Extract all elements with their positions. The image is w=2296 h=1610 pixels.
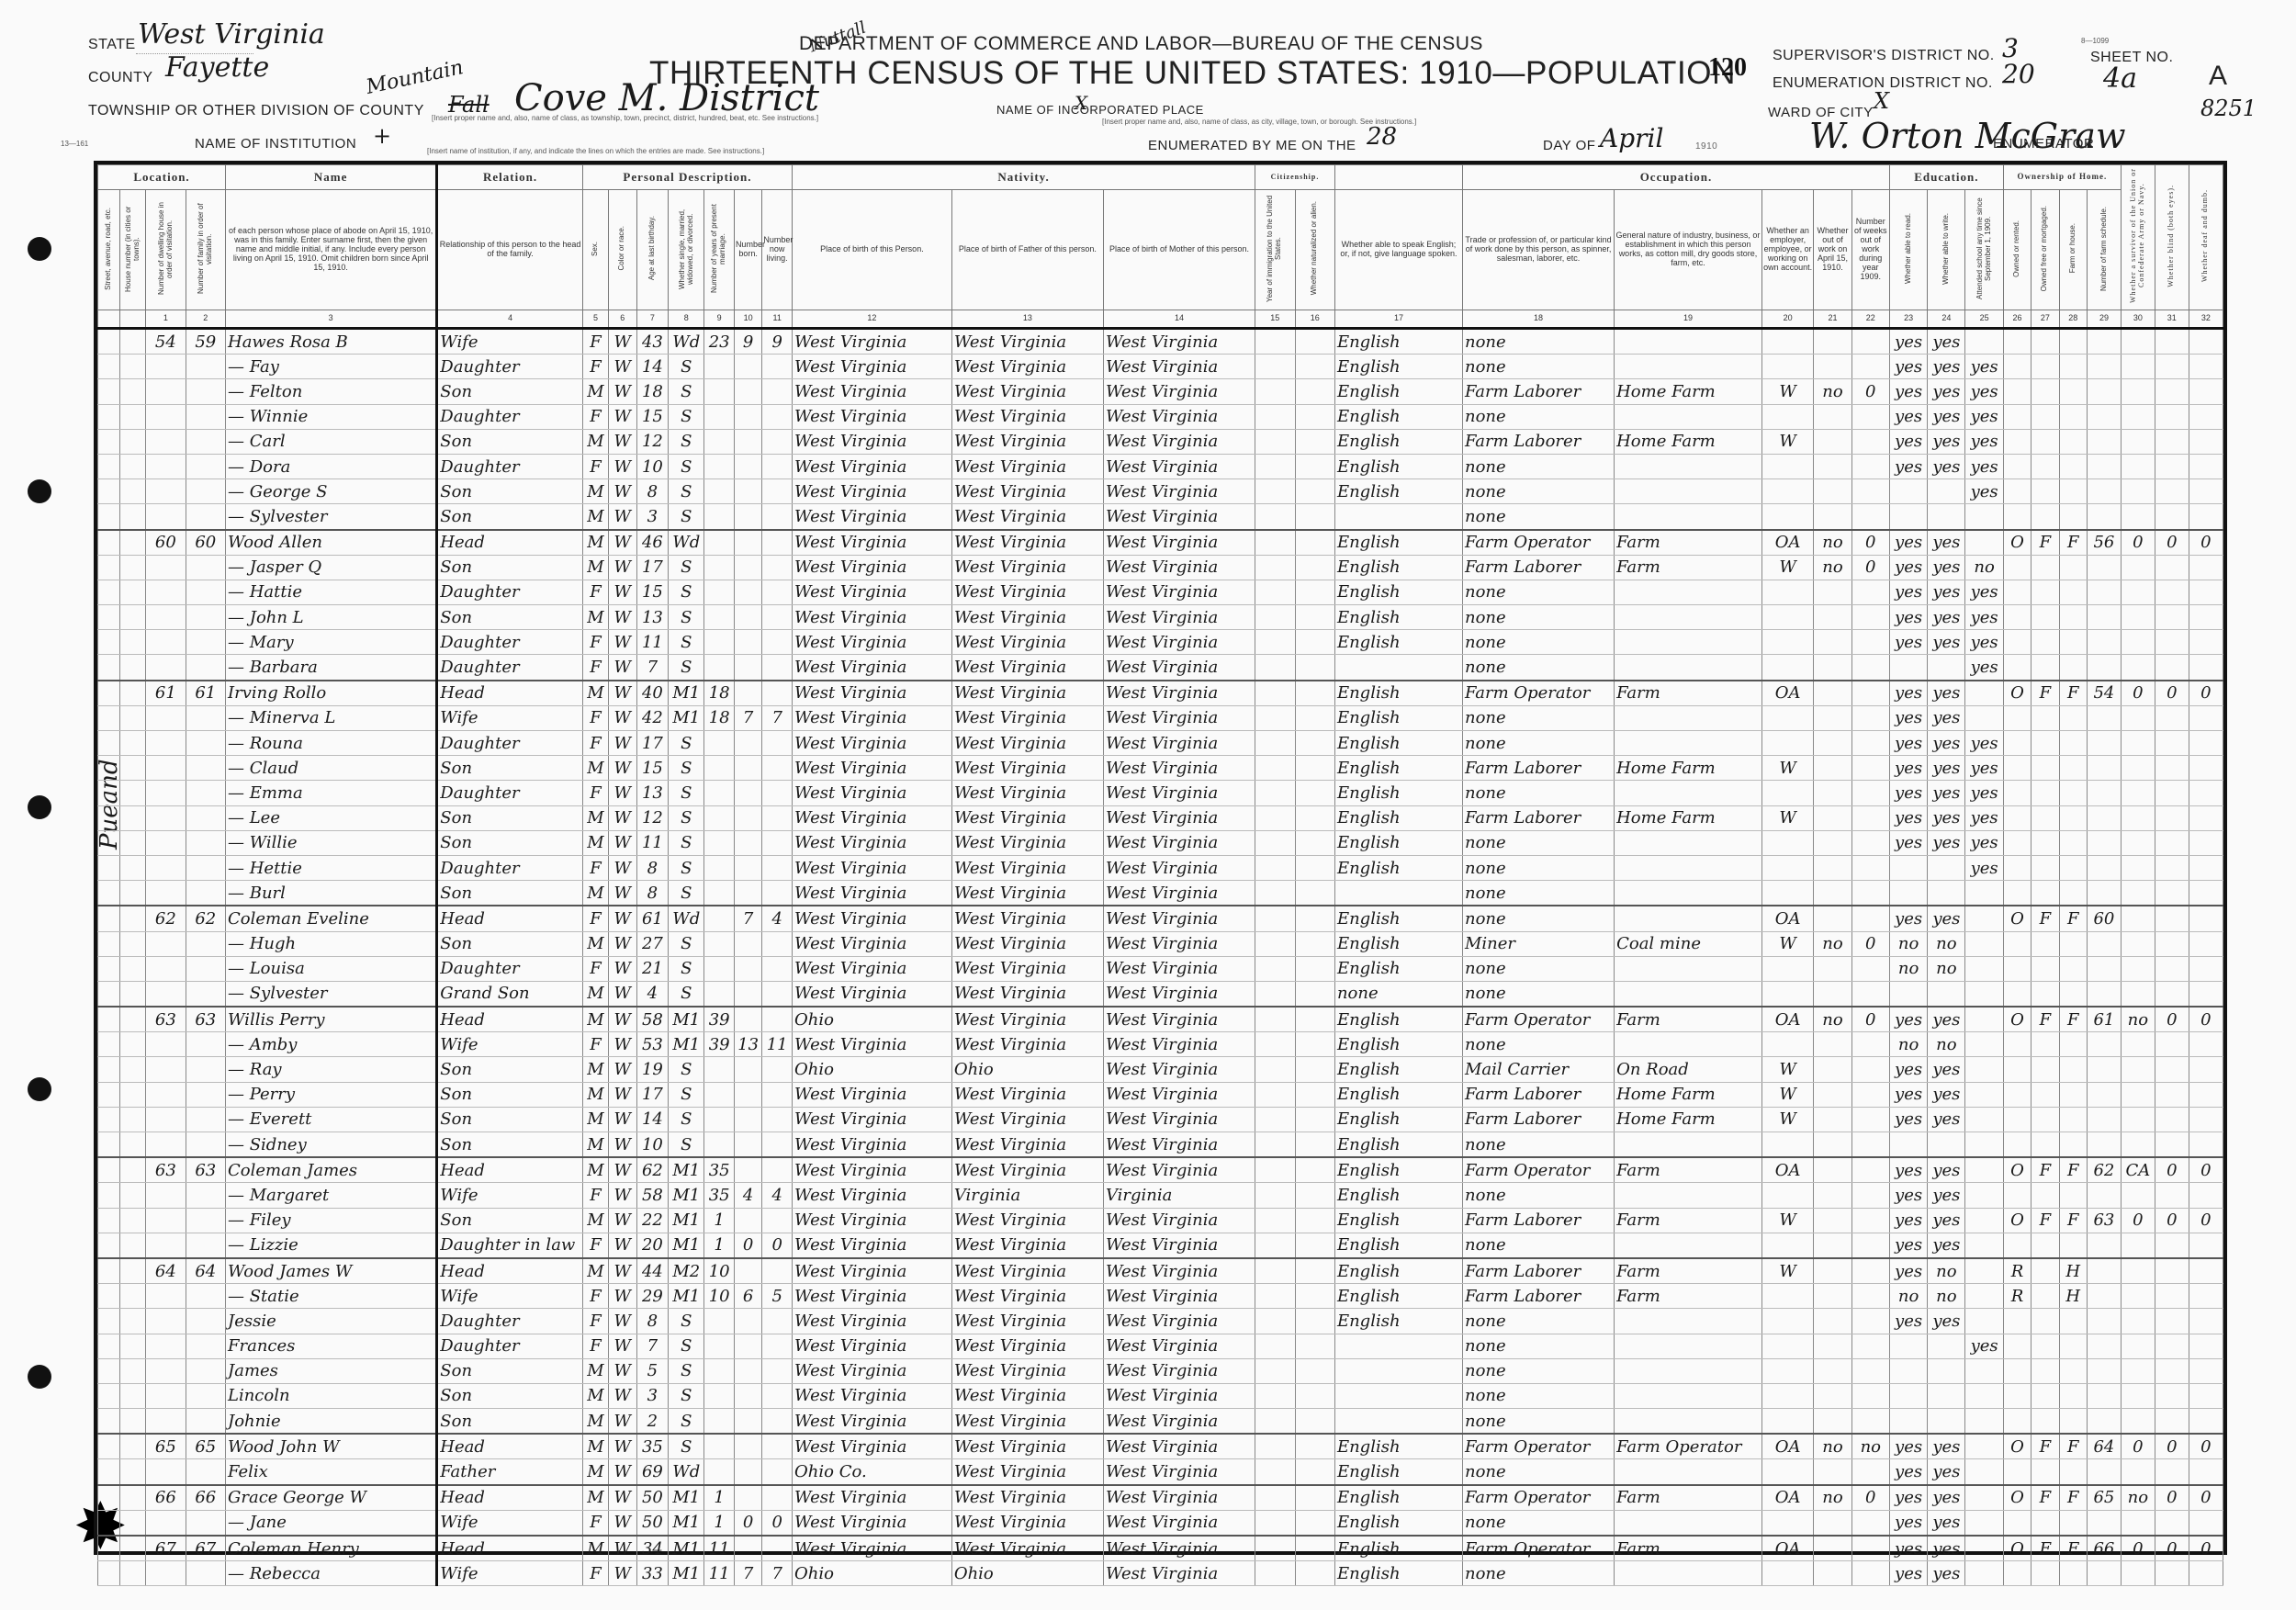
cell-blind bbox=[2155, 1358, 2189, 1383]
cell-father-birthplace: West Virginia bbox=[951, 454, 1103, 478]
cell-birthplace: West Virginia bbox=[793, 681, 952, 706]
cell-out-of-work bbox=[1814, 1258, 1851, 1284]
cell-naturalization bbox=[1295, 1107, 1334, 1132]
cell-farm-house: F bbox=[2059, 1485, 2087, 1511]
cell-relation: Daughter bbox=[437, 1309, 583, 1334]
cell-trade: none bbox=[1462, 1032, 1614, 1057]
cell-children-living: 0 bbox=[762, 1510, 793, 1536]
cell-farm-house bbox=[2059, 981, 2087, 1007]
column-number-row: 1234567891011121314151617181920212223242… bbox=[98, 310, 2223, 329]
cell-weeks-out: 0 bbox=[1851, 931, 1889, 956]
column-number: 21 bbox=[1814, 310, 1851, 329]
cell-mother-birthplace: West Virginia bbox=[1103, 580, 1255, 604]
cell-attended-school bbox=[1965, 1208, 2003, 1233]
cell-weeks-out bbox=[1851, 1233, 1889, 1258]
cell-can-write: yes bbox=[1928, 605, 1965, 630]
cell-owned-rented bbox=[2003, 1510, 2031, 1536]
cell-trade: Farm Laborer bbox=[1462, 756, 1614, 781]
cell-family-number: 67 bbox=[186, 1536, 225, 1561]
cell-person-name: — Jasper Q bbox=[226, 555, 437, 580]
column-number: 19 bbox=[1615, 310, 1762, 329]
cell-weeks-out bbox=[1851, 981, 1889, 1007]
column-number: 24 bbox=[1928, 310, 1965, 329]
cell-employment-class bbox=[1761, 605, 1813, 630]
cell-person-name: — Everett bbox=[226, 1107, 437, 1132]
cell-children-living bbox=[762, 504, 793, 530]
cell-family-number bbox=[186, 555, 225, 580]
cell-farm-schedule bbox=[2087, 1309, 2121, 1334]
cell-can-write: yes bbox=[1928, 630, 1965, 655]
cell-attended-school: yes bbox=[1965, 454, 2003, 478]
cell-children-living bbox=[762, 355, 793, 379]
enumeration-value: 20 bbox=[2002, 59, 2035, 89]
cell-owned-rented: O bbox=[2003, 530, 2031, 556]
cell-house bbox=[119, 1258, 145, 1284]
cell-relation: Wife bbox=[437, 1032, 583, 1057]
cell-can-read: yes bbox=[1889, 756, 1927, 781]
cell-free-mortgaged bbox=[2032, 1284, 2059, 1309]
cell-street bbox=[98, 1183, 120, 1208]
cell-person-name: — Winnie bbox=[226, 404, 437, 429]
cell-mother-birthplace: West Virginia bbox=[1103, 1208, 1255, 1233]
cell-farm-schedule bbox=[2087, 855, 2121, 880]
cell-family-number: 65 bbox=[186, 1434, 225, 1459]
cell-house bbox=[119, 1536, 145, 1561]
cell-farm-schedule bbox=[2087, 1358, 2121, 1383]
cell-attended-school bbox=[1965, 1409, 2003, 1435]
cell-out-of-work bbox=[1814, 1107, 1851, 1132]
cell-sex: F bbox=[582, 630, 608, 655]
cell-industry bbox=[1615, 329, 1762, 355]
cell-dwelling-number bbox=[146, 429, 186, 454]
cell-war-survivor bbox=[2121, 1510, 2155, 1536]
cell-speaks-english bbox=[1334, 504, 1462, 530]
cell-father-birthplace: West Virginia bbox=[951, 1233, 1103, 1258]
header-owned-rented: Owned or rented. bbox=[2003, 190, 2031, 310]
cell-birthplace: West Virginia bbox=[793, 580, 952, 604]
cell-can-write: yes bbox=[1928, 1434, 1965, 1459]
cell-war-survivor: 0 bbox=[2121, 1208, 2155, 1233]
cell-years-married bbox=[704, 731, 735, 756]
cell-farm-house bbox=[2059, 1032, 2087, 1057]
cell-person-name: — Carl bbox=[226, 429, 437, 454]
header-birth-mother: Place of birth of Mother of this person. bbox=[1103, 190, 1255, 310]
cell-race: W bbox=[609, 580, 636, 604]
cell-war-survivor bbox=[2121, 956, 2155, 981]
cell-war-survivor bbox=[2121, 1561, 2155, 1586]
cell-war-survivor bbox=[2121, 605, 2155, 630]
cell-person-name: — Dora bbox=[226, 454, 437, 478]
table-row: 6262Coleman EvelineHeadFW61Wd74West Virg… bbox=[98, 906, 2223, 931]
header-family: Number of family in order of visitation. bbox=[186, 190, 225, 310]
cell-free-mortgaged bbox=[2032, 1107, 2059, 1132]
cell-marital-status: S bbox=[669, 956, 704, 981]
cell-deaf: 18 bbox=[2189, 756, 2223, 781]
cell-attended-school bbox=[1965, 1561, 2003, 1586]
cell-trade: none bbox=[1462, 1132, 1614, 1158]
header-blind: Whether blind (both eyes). bbox=[2155, 165, 2189, 310]
cell-immigration-year bbox=[1255, 454, 1295, 478]
cell-race: W bbox=[609, 1057, 636, 1082]
cell-owned-rented bbox=[2003, 781, 2031, 805]
cell-owned-rented: O bbox=[2003, 906, 2031, 931]
cell-family-number bbox=[186, 1233, 225, 1258]
cell-industry bbox=[1615, 1233, 1762, 1258]
cell-war-survivor bbox=[2121, 1132, 2155, 1158]
cell-war-survivor bbox=[2121, 555, 2155, 580]
cell-free-mortgaged bbox=[2032, 630, 2059, 655]
cell-farm-house bbox=[2059, 931, 2087, 956]
cell-immigration-year bbox=[1255, 1309, 1295, 1334]
cell-farm-house bbox=[2059, 1183, 2087, 1208]
cell-children-living: 4 bbox=[762, 1183, 793, 1208]
cell-race: W bbox=[609, 355, 636, 379]
cell-relation: Daughter bbox=[437, 580, 583, 604]
cell-can-write: yes bbox=[1928, 705, 1965, 730]
cell-street bbox=[98, 756, 120, 781]
cell-can-read: no bbox=[1889, 1032, 1927, 1057]
cell-relation: Son bbox=[437, 881, 583, 906]
cell-sex: M bbox=[582, 681, 608, 706]
cell-farm-schedule bbox=[2087, 555, 2121, 580]
cell-age: 13 bbox=[636, 605, 669, 630]
header-farm-house: Farm or house. bbox=[2059, 190, 2087, 310]
cell-free-mortgaged bbox=[2032, 1132, 2059, 1158]
cell-blind bbox=[2155, 1334, 2189, 1358]
cell-family-number bbox=[186, 1510, 225, 1536]
cell-naturalization bbox=[1295, 956, 1334, 981]
cell-house bbox=[119, 580, 145, 604]
cell-immigration-year bbox=[1255, 981, 1295, 1007]
cell-can-read bbox=[1889, 1334, 1927, 1358]
cell-marital-status: S bbox=[669, 1434, 704, 1459]
cell-trade: none bbox=[1462, 781, 1614, 805]
cell-weeks-out: no bbox=[1851, 1434, 1889, 1459]
cell-marital-status: S bbox=[669, 1358, 704, 1383]
cell-street bbox=[98, 1233, 120, 1258]
cell-children-born bbox=[734, 355, 761, 379]
cell-age: 20 bbox=[636, 1233, 669, 1258]
cell-father-birthplace: West Virginia bbox=[951, 1007, 1103, 1032]
cell-house bbox=[119, 1057, 145, 1082]
cell-birthplace: West Virginia bbox=[793, 555, 952, 580]
table-row: 6161Irving RolloHeadMW40M118West Virgini… bbox=[98, 681, 2223, 706]
cell-speaks-english: English bbox=[1334, 1157, 1462, 1183]
table-row: — MaryDaughterFW11SWest VirginiaWest Vir… bbox=[98, 630, 2223, 655]
cell-children-living bbox=[762, 429, 793, 454]
table-row: — FileySonMW22M11West VirginiaWest Virgi… bbox=[98, 1208, 2223, 1233]
cell-dwelling-number: 63 bbox=[146, 1007, 186, 1032]
cell-marital-status: M1 bbox=[669, 1510, 704, 1536]
cell-blind bbox=[2155, 1107, 2189, 1132]
cell-mother-birthplace: West Virginia bbox=[1103, 1434, 1255, 1459]
cell-deaf: 48 bbox=[2189, 1510, 2223, 1536]
cell-farm-schedule bbox=[2087, 479, 2121, 504]
cell-can-write bbox=[1928, 504, 1965, 530]
binder-hole bbox=[28, 1365, 51, 1389]
cell-years-married bbox=[704, 830, 735, 855]
cell-race: W bbox=[609, 329, 636, 355]
cell-house bbox=[119, 1485, 145, 1511]
cell-employment-class: OA bbox=[1761, 1007, 1813, 1032]
cell-industry bbox=[1615, 1510, 1762, 1536]
cell-sex: M bbox=[582, 1258, 608, 1284]
cell-father-birthplace: West Virginia bbox=[951, 479, 1103, 504]
cell-house bbox=[119, 1334, 145, 1358]
cell-speaks-english: English bbox=[1334, 1459, 1462, 1485]
cell-free-mortgaged bbox=[2032, 1561, 2059, 1586]
cell-blind: 0 bbox=[2155, 1485, 2189, 1511]
cell-can-read: yes bbox=[1889, 404, 1927, 429]
cell-attended-school bbox=[1965, 931, 2003, 956]
cell-relation: Father bbox=[437, 1459, 583, 1485]
cell-employment-class bbox=[1761, 504, 1813, 530]
cell-age: 15 bbox=[636, 404, 669, 429]
cell-father-birthplace: West Virginia bbox=[951, 655, 1103, 681]
cell-owned-rented bbox=[2003, 429, 2031, 454]
cell-can-read: yes bbox=[1889, 605, 1927, 630]
cell-father-birthplace: West Virginia bbox=[951, 1383, 1103, 1408]
column-number: 2 bbox=[186, 310, 225, 329]
cell-person-name: — Burl bbox=[226, 881, 437, 906]
cell-war-survivor bbox=[2121, 1409, 2155, 1435]
cell-deaf: 29 bbox=[2189, 1032, 2223, 1057]
cell-out-of-work bbox=[1814, 1561, 1851, 1586]
form-code: 8—1099 bbox=[2081, 37, 2109, 45]
institution-label: Name of institution bbox=[195, 136, 356, 152]
cell-out-of-work bbox=[1814, 805, 1851, 830]
cell-mother-birthplace: West Virginia bbox=[1103, 1561, 1255, 1586]
cell-years-married bbox=[704, 855, 735, 880]
cell-mother-birthplace: West Virginia bbox=[1103, 1358, 1255, 1383]
cell-marital-status: S bbox=[669, 1383, 704, 1408]
cell-race: W bbox=[609, 981, 636, 1007]
cell-street bbox=[98, 555, 120, 580]
cell-farm-schedule: 60 bbox=[2087, 906, 2121, 931]
header-free-mortgaged: Owned free or mortgaged. bbox=[2032, 190, 2059, 310]
cell-dwelling-number bbox=[146, 1233, 186, 1258]
cell-race: W bbox=[609, 1157, 636, 1183]
cell-deaf: 50 bbox=[2189, 1561, 2223, 1586]
cell-house bbox=[119, 705, 145, 730]
cell-farm-schedule bbox=[2087, 731, 2121, 756]
cell-father-birthplace: West Virginia bbox=[951, 1284, 1103, 1309]
cell-free-mortgaged bbox=[2032, 1057, 2059, 1082]
cell-immigration-year bbox=[1255, 655, 1295, 681]
cell-out-of-work bbox=[1814, 1233, 1851, 1258]
cell-father-birthplace: West Virginia bbox=[951, 681, 1103, 706]
cell-speaks-english: English bbox=[1334, 630, 1462, 655]
cell-deaf: 42 bbox=[2189, 1358, 2223, 1383]
cell-years-married bbox=[704, 580, 735, 604]
cell-farm-schedule bbox=[2087, 1107, 2121, 1132]
cell-birthplace: West Virginia bbox=[793, 329, 952, 355]
cell-dwelling-number bbox=[146, 1284, 186, 1309]
cell-birthplace: West Virginia bbox=[793, 530, 952, 556]
cell-mother-birthplace: West Virginia bbox=[1103, 1157, 1255, 1183]
cell-owned-rented bbox=[2003, 1358, 2031, 1383]
header-survivor: Whether a survivor of the Union or Confe… bbox=[2121, 165, 2155, 310]
cell-speaks-english: English bbox=[1334, 855, 1462, 880]
cell-weeks-out: 0 bbox=[1851, 1007, 1889, 1032]
cell-family-number bbox=[186, 855, 225, 880]
cell-weeks-out: 0 bbox=[1851, 379, 1889, 404]
cell-birthplace: West Virginia bbox=[793, 1132, 952, 1158]
cell-employment-class bbox=[1761, 580, 1813, 604]
cell-children-living bbox=[762, 580, 793, 604]
cell-children-born bbox=[734, 1434, 761, 1459]
cell-family-number bbox=[186, 605, 225, 630]
cell-immigration-year bbox=[1255, 1208, 1295, 1233]
cell-birthplace: West Virginia bbox=[793, 454, 952, 478]
cell-attended-school bbox=[1965, 981, 2003, 1007]
table-row: — LouisaDaughterFW21SWest VirginiaWest V… bbox=[98, 956, 2223, 981]
cell-out-of-work bbox=[1814, 655, 1851, 681]
cell-age: 58 bbox=[636, 1007, 669, 1032]
cell-person-name: — Sylvester bbox=[226, 504, 437, 530]
cell-speaks-english: English bbox=[1334, 1107, 1462, 1132]
cell-father-birthplace: West Virginia bbox=[951, 855, 1103, 880]
cell-children-born bbox=[734, 756, 761, 781]
cell-farm-schedule bbox=[2087, 1409, 2121, 1435]
cell-family-number bbox=[186, 830, 225, 855]
cell-naturalization bbox=[1295, 981, 1334, 1007]
cell-speaks-english: English bbox=[1334, 555, 1462, 580]
cell-age: 8 bbox=[636, 855, 669, 880]
cell-owned-rented bbox=[2003, 1032, 2031, 1057]
cell-industry: Farm bbox=[1615, 1536, 1762, 1561]
cell-father-birthplace: West Virginia bbox=[951, 1459, 1103, 1485]
cell-can-write: no bbox=[1928, 1032, 1965, 1057]
table-row: — SylvesterSonMW3SWest VirginiaWest Virg… bbox=[98, 504, 2223, 530]
cell-family-number bbox=[186, 479, 225, 504]
cell-owned-rented bbox=[2003, 731, 2031, 756]
cell-out-of-work bbox=[1814, 956, 1851, 981]
cell-children-living bbox=[762, 1107, 793, 1132]
cell-relation: Wife bbox=[437, 1510, 583, 1536]
cell-sex: M bbox=[582, 1057, 608, 1082]
cell-farm-house bbox=[2059, 1409, 2087, 1435]
cell-farm-house bbox=[2059, 1132, 2087, 1158]
cell-farm-schedule: 54 bbox=[2087, 681, 2121, 706]
cell-immigration-year bbox=[1255, 855, 1295, 880]
cell-can-read: yes bbox=[1889, 1157, 1927, 1183]
cell-years-married bbox=[704, 881, 735, 906]
cell-can-write: yes bbox=[1928, 530, 1965, 556]
cell-can-write: yes bbox=[1928, 355, 1965, 379]
cell-owned-rented bbox=[2003, 931, 2031, 956]
table-row: — HughSonMW27SWest VirginiaWest Virginia… bbox=[98, 931, 2223, 956]
cell-years-married: 1 bbox=[704, 1510, 735, 1536]
cell-children-born: 6 bbox=[734, 1284, 761, 1309]
cell-children-born bbox=[734, 781, 761, 805]
cell-years-married: 1 bbox=[704, 1485, 735, 1511]
header-employer: Whether an employer, employee, or workin… bbox=[1761, 190, 1813, 310]
cell-birthplace: West Virginia bbox=[793, 1107, 952, 1132]
cell-trade: none bbox=[1462, 956, 1614, 981]
group-education: Education. bbox=[1889, 165, 2003, 190]
cell-weeks-out bbox=[1851, 1383, 1889, 1408]
cell-naturalization bbox=[1295, 1208, 1334, 1233]
header-birth-father: Place of birth of Father of this person. bbox=[951, 190, 1103, 310]
cell-farm-schedule bbox=[2087, 1057, 2121, 1082]
cell-employment-class bbox=[1761, 1334, 1813, 1358]
day-of-label: day of bbox=[1543, 138, 1595, 153]
cell-sex: M bbox=[582, 1409, 608, 1435]
cell-can-write: yes bbox=[1928, 805, 1965, 830]
cell-immigration-year bbox=[1255, 479, 1295, 504]
cell-street bbox=[98, 731, 120, 756]
cell-marital-status: M1 bbox=[669, 1032, 704, 1057]
cell-naturalization bbox=[1295, 329, 1334, 355]
cell-relation: Daughter bbox=[437, 355, 583, 379]
cell-can-write bbox=[1928, 655, 1965, 681]
cell-naturalization bbox=[1295, 1309, 1334, 1334]
cell-blind bbox=[2155, 731, 2189, 756]
cell-farm-schedule bbox=[2087, 830, 2121, 855]
group-language bbox=[1334, 165, 1462, 190]
cell-out-of-work bbox=[1814, 781, 1851, 805]
cell-owned-rented bbox=[2003, 404, 2031, 429]
cell-dwelling-number: 67 bbox=[146, 1536, 186, 1561]
cell-can-write: yes bbox=[1928, 1183, 1965, 1208]
cell-sex: M bbox=[582, 805, 608, 830]
column-number: 22 bbox=[1851, 310, 1889, 329]
cell-industry bbox=[1615, 956, 1762, 981]
cell-can-write: yes bbox=[1928, 1561, 1965, 1586]
cell-speaks-english: English bbox=[1334, 731, 1462, 756]
cell-free-mortgaged bbox=[2032, 731, 2059, 756]
cell-war-survivor: no bbox=[2121, 1007, 2155, 1032]
cell-family-number: 61 bbox=[186, 681, 225, 706]
cell-family-number bbox=[186, 705, 225, 730]
cell-farm-schedule bbox=[2087, 429, 2121, 454]
cell-children-born bbox=[734, 731, 761, 756]
cell-out-of-work bbox=[1814, 355, 1851, 379]
cell-farm-house bbox=[2059, 1334, 2087, 1358]
cell-owned-rented bbox=[2003, 630, 2031, 655]
cell-street bbox=[98, 1258, 120, 1284]
cell-industry bbox=[1615, 1358, 1762, 1383]
cell-race: W bbox=[609, 1183, 636, 1208]
cell-mother-birthplace: West Virginia bbox=[1103, 731, 1255, 756]
cell-mother-birthplace: West Virginia bbox=[1103, 756, 1255, 781]
cell-marital-status: S bbox=[669, 1057, 704, 1082]
header-naturalized: Whether naturalized or alien. bbox=[1295, 190, 1334, 310]
cell-speaks-english: English bbox=[1334, 956, 1462, 981]
cell-race: W bbox=[609, 1409, 636, 1435]
column-number: 16 bbox=[1295, 310, 1334, 329]
table-row: — LizzieDaughter in lawFW20M1100West Vir… bbox=[98, 1233, 2223, 1258]
cell-years-married bbox=[704, 504, 735, 530]
table-row: — RebeccaWifeFW33M11177OhioOhioWest Virg… bbox=[98, 1561, 2223, 1586]
table-row: 6363Coleman JamesHeadMW62M135West Virgin… bbox=[98, 1157, 2223, 1183]
header-race: Color or race. bbox=[609, 190, 636, 310]
cell-speaks-english: English bbox=[1334, 1183, 1462, 1208]
cell-birthplace: West Virginia bbox=[793, 1284, 952, 1309]
cell-children-living bbox=[762, 454, 793, 478]
cell-birthplace: West Virginia bbox=[793, 1208, 952, 1233]
cell-attended-school bbox=[1965, 1032, 2003, 1057]
cell-trade: Farm Laborer bbox=[1462, 379, 1614, 404]
cell-trade: Farm Laborer bbox=[1462, 1082, 1614, 1107]
cell-can-read: yes bbox=[1889, 530, 1927, 556]
cell-farm-schedule bbox=[2087, 1082, 2121, 1107]
cell-attended-school bbox=[1965, 504, 2003, 530]
cell-family-number: 60 bbox=[186, 530, 225, 556]
cell-employment-class: OA bbox=[1761, 681, 1813, 706]
cell-can-read: yes bbox=[1889, 454, 1927, 478]
